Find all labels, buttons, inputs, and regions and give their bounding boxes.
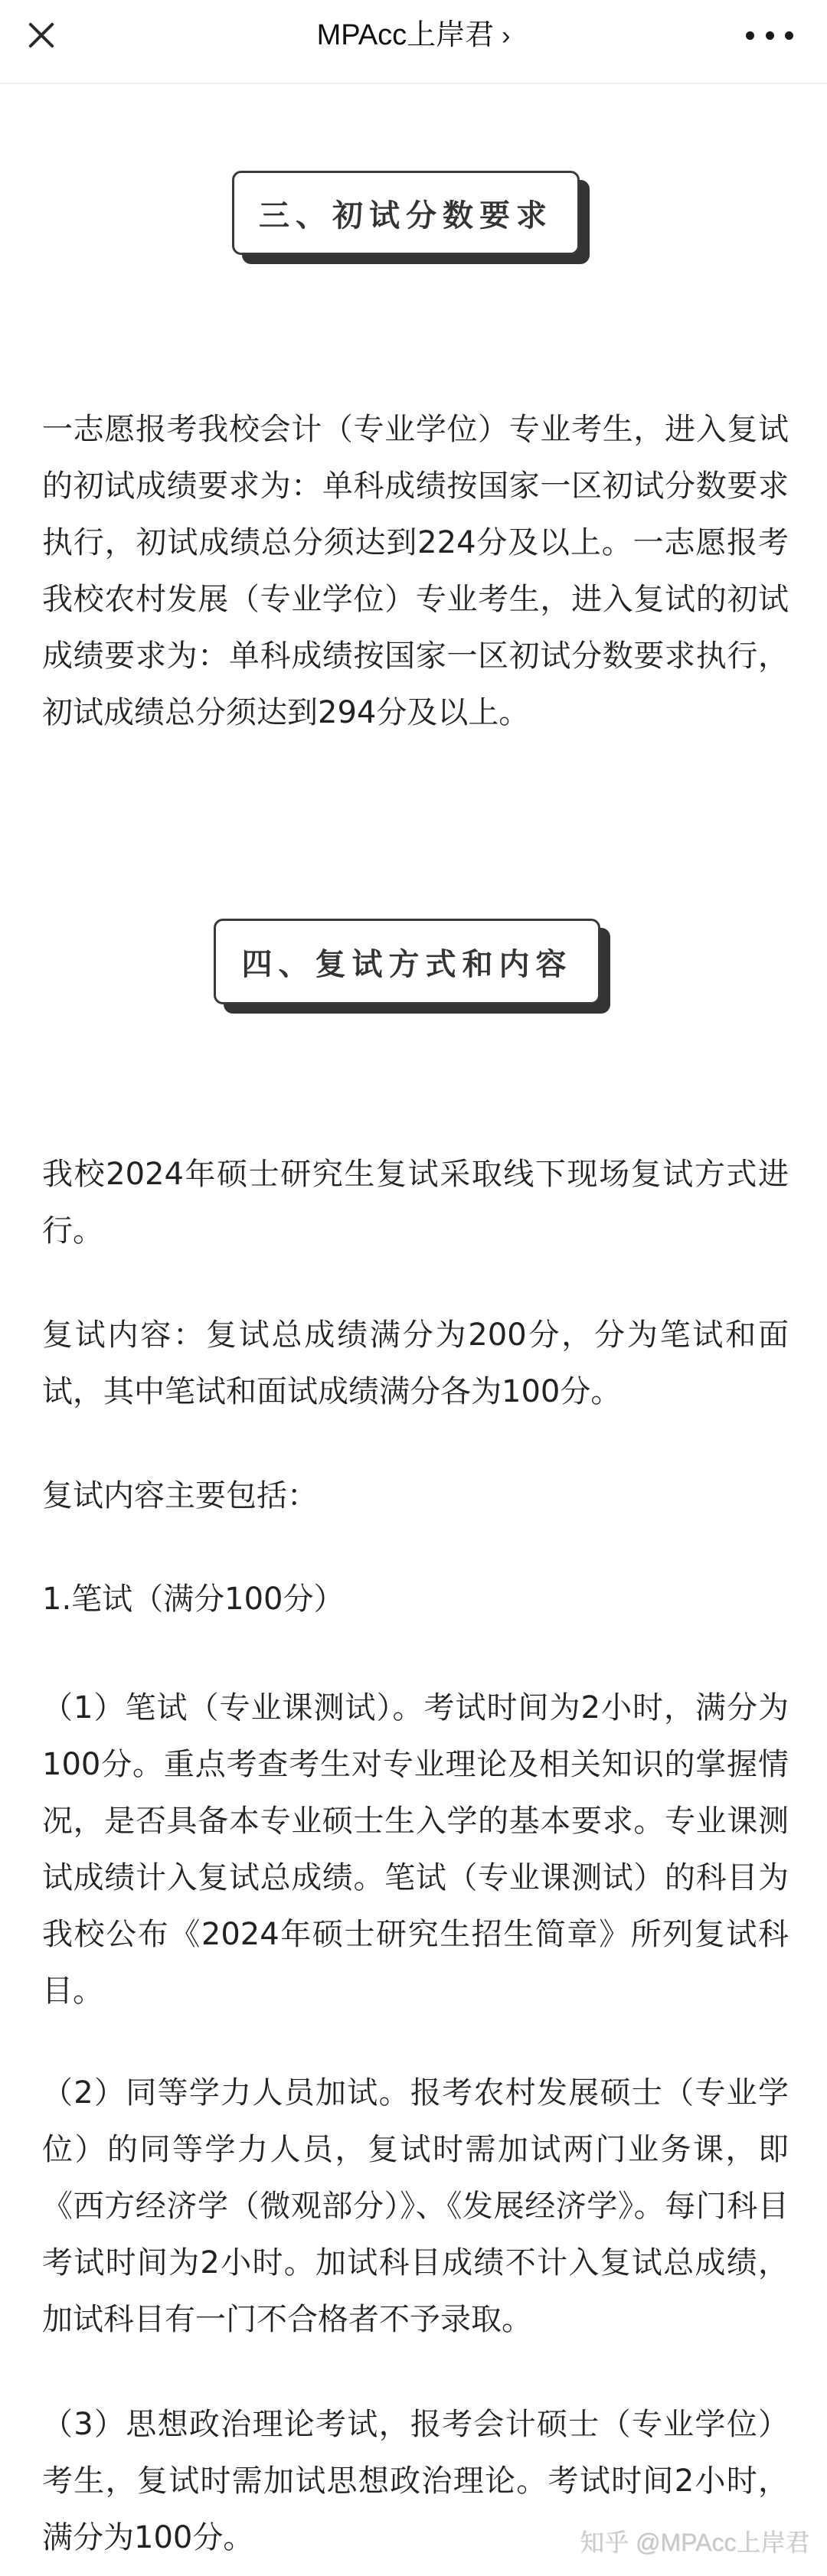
more-icon[interactable] xyxy=(746,28,793,43)
chevron-right-icon[interactable]: › xyxy=(502,21,510,51)
zhihu-watermark: 知乎 @MPAcc上岸君 xyxy=(580,2523,809,2558)
section-heading-4: 四、复试方式和内容 xyxy=(214,919,600,1004)
dot xyxy=(766,31,774,40)
paragraph-equivalent-test-2: （2）同等学力人员加试。报考农村发展硕士（专业学位）的同等学力人员，复试时需加试… xyxy=(42,2065,789,2348)
account-title[interactable]: MPAcc上岸君› xyxy=(0,15,827,56)
top-nav-bar: MPAcc上岸君› xyxy=(0,0,827,84)
section-heading-text: 三、初试分数要求 xyxy=(259,191,553,235)
dot xyxy=(785,31,793,40)
section-heading-3: 三、初试分数要求 xyxy=(232,171,580,255)
paragraph-score-requirements: 一志愿报考我校会计（专业学位）专业考生，进入复试的初试成绩要求为：单科成绩按国家… xyxy=(42,401,789,741)
paragraph-retest-method: 我校2024年硕士研究生复试采取线下现场复试方式进行。 xyxy=(42,1146,789,1259)
paragraph-retest-content: 复试内容：复试总成绩满分为200分，分为笔试和面试，其中笔试和面试成绩满分各为1… xyxy=(42,1307,789,1420)
account-name[interactable]: MPAcc上岸君 xyxy=(317,19,495,51)
paragraph-retest-includes: 复试内容主要包括： xyxy=(42,1468,789,1524)
dot xyxy=(746,31,754,40)
paragraph-written-test-heading: 1.笔试（满分100分） xyxy=(42,1571,789,1628)
paragraph-written-test-1: （1）笔试（专业课测试）。考试时间为2小时，满分为100分。重点考查考生对专业理… xyxy=(42,1680,789,2019)
section-heading-text: 四、复试方式和内容 xyxy=(242,940,573,984)
